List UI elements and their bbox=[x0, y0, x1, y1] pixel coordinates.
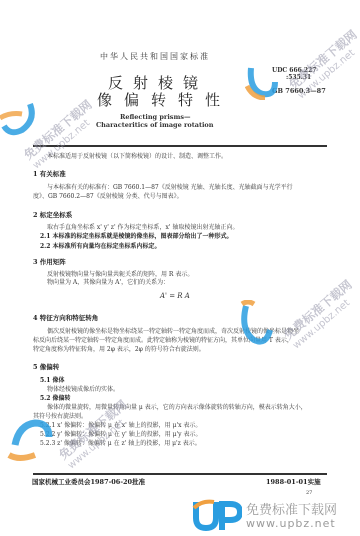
up-brand-logo-icon bbox=[190, 498, 242, 532]
title-cn-line2: 像偏转特性 bbox=[97, 89, 232, 110]
brand-url: www.upbz.net bbox=[246, 517, 336, 530]
section-2-2: 2.2 本标准所有向量均在标定坐标系内标定。 bbox=[40, 243, 161, 251]
up-logo-icon bbox=[5, 415, 55, 465]
page-number: 27 bbox=[306, 490, 312, 496]
section-5-heading: 5 像偏转 bbox=[33, 362, 59, 371]
up-logo-icon bbox=[245, 60, 285, 100]
title-en-line1: Reflecting prisms— bbox=[120, 113, 191, 121]
section-3-heading: 3 作用矩阵 bbox=[33, 257, 66, 266]
header-divider bbox=[33, 145, 327, 147]
section-2-1: 2.1 本标准的标定坐标系就是棱镜的像坐标，图表部分给出了一种形式。 bbox=[40, 233, 233, 241]
matrix-formula: A' = R A bbox=[160, 292, 190, 300]
section-4-para-3: 特定角度称为特征转角，用 2φ 表示，2φ 的符号符合右旋法则。 bbox=[33, 346, 205, 354]
effective-date: 1988-01-01实施 bbox=[266, 477, 321, 486]
section-5-2-2: 5.2.2 y' 像偏转：像偏转 μ 在 y' 轴上的投影，用 μ'y 表示。 bbox=[40, 431, 201, 439]
section-5-1-label: 5.1 像体 bbox=[40, 377, 65, 385]
section-3-para-2: 物向量为 A，其像向量为 A'，它们的关系为： bbox=[47, 279, 169, 287]
section-5-2-text: 像体的微量旋转，用微量转角向量 μ 表示，它的方向表示像体旋转的转轴方向，模表示… bbox=[47, 404, 307, 412]
up-logo-icon bbox=[0, 100, 36, 140]
section-2-para-1: 取右手直角坐标系 x' y' z' 作为标定坐标系，x' 轴取棱镜出射光轴正向。 bbox=[47, 224, 238, 232]
approval-date: 国家机械工业委员会1987-06-20批准 bbox=[32, 477, 145, 486]
intro-paragraph: 本标准适用于反射棱镜（以下简称棱镜）的设计、制造、调整工作。 bbox=[47, 153, 227, 161]
title-en-line2: Characteritics of image rotation bbox=[96, 121, 214, 129]
section-3-para-1: 反射棱镜物向量与像向量共轭关系的矩阵，用 R 表示。 bbox=[47, 271, 193, 279]
section-5-1-text: 物体经棱镜成像后的实体。 bbox=[47, 386, 119, 394]
document-page: 中华人民共和国国家标准 反射棱镜 像偏转特性 Reflecting prisms… bbox=[0, 0, 360, 536]
watermark-right-mid: 免费标准下载网 www.upbz.net bbox=[280, 276, 360, 351]
section-1-para-1: 与本标准有关的标准有：GB 7660.1—87《反射棱镜 光轴、光轴长度、光轴截… bbox=[47, 184, 293, 192]
section-1-para-2: 度》、GB 7660.2—87《反射棱镜 分类、代号与图表》。 bbox=[33, 193, 183, 201]
national-standard-label: 中华人民共和国国家标准 bbox=[100, 51, 210, 62]
section-4-heading: 4 特征方向和特征转角 bbox=[33, 313, 98, 322]
section-2-heading: 2 标定坐标系 bbox=[33, 210, 72, 219]
up-logo-icon bbox=[238, 300, 278, 350]
brand-name-cn: 免费标准下载网 bbox=[246, 499, 337, 518]
section-5-2-label: 5.2 像偏转 bbox=[40, 395, 71, 403]
footer-divider bbox=[33, 473, 327, 475]
